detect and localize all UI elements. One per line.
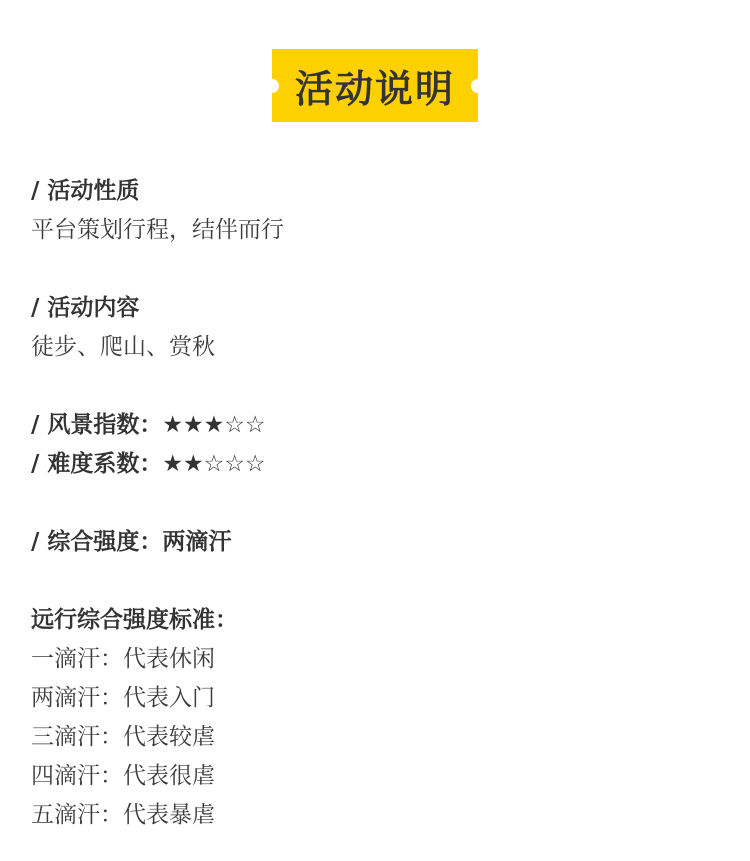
page-title: 活动说明 [295,58,455,113]
level-name: 一滴汗： [31,646,123,672]
scenery-rating-row: / 风景指数：★★★☆☆ [31,406,721,445]
content-value: 徒步、爬山、赏秋 [31,328,721,367]
level-meaning: 代表暴虐 [123,802,215,828]
intensity-value: 两滴汗 [162,529,231,555]
scenery-star-rating: ★★★☆☆ [162,412,265,438]
level-meaning: 代表很虐 [123,763,215,789]
standard-level-row: 两滴汗：代表入门 [31,679,721,718]
title-badge: 活动说明 [272,49,478,122]
level-meaning: 代表较虐 [123,724,215,750]
spacer [31,562,721,601]
nature-value: 平台策划行程，结伴而行 [31,211,721,250]
level-name: 两滴汗： [31,685,123,711]
level-name: 五滴汗： [31,802,123,828]
level-meaning: 代表休闲 [123,646,215,672]
standard-heading: 远行综合强度标准： [31,601,721,640]
difficulty-label: / 难度系数： [31,451,162,477]
difficulty-star-rating: ★★☆☆☆ [162,451,265,477]
intensity-row: / 综合强度：两滴汗 [31,523,721,562]
activity-description: / 活动性质 平台策划行程，结伴而行 / 活动内容 徒步、爬山、赏秋 / 风景指… [31,172,721,835]
level-meaning: 代表入门 [123,685,215,711]
intensity-label: / 综合强度： [31,529,162,555]
spacer [31,484,721,523]
difficulty-rating-row: / 难度系数：★★☆☆☆ [31,445,721,484]
scenery-label: / 风景指数： [31,412,162,438]
level-name: 四滴汗： [31,763,123,789]
standard-level-row: 三滴汗：代表较虐 [31,718,721,757]
standard-level-row: 一滴汗：代表休闲 [31,640,721,679]
spacer [31,367,721,406]
standard-level-row: 四滴汗：代表很虐 [31,757,721,796]
spacer [31,250,721,289]
content-heading: / 活动内容 [31,289,721,328]
nature-heading: / 活动性质 [31,172,721,211]
standard-level-row: 五滴汗：代表暴虐 [31,796,721,835]
level-name: 三滴汗： [31,724,123,750]
